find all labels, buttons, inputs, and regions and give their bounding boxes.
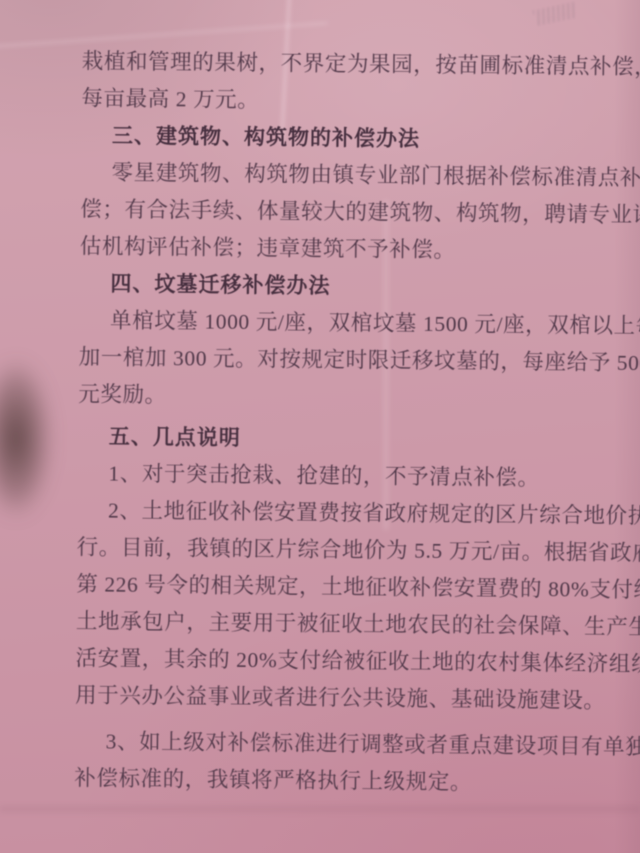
text-line: 偿；有合法手续、体量较大的建筑物、构筑物，聘请专业评 [80,191,612,234]
text-line: 第 226 号令的相关规定，土地征收补偿安置费的 80%支付给 [76,566,608,609]
text-line: 元奖励。 [78,376,610,419]
text-line: 行。目前，我镇的区片综合地价为 5.5 万元/亩。根据省政府 [76,529,608,572]
text-line: 补偿标准的，我镇将严格执行上级规定。 [74,760,606,803]
finger-shadow-overlay [0,336,62,541]
text-line: 2、土地征收补偿安置费按省政府规定的区片综合地价执 [77,492,609,535]
text-line: 估机构评估补偿；违章建筑不予补偿。 [80,228,612,271]
text-line: 单棺坟墓 1000 元/座，双棺坟墓 1500 元/座，双棺以上每 [79,302,611,345]
faint-pen-smudge [533,2,577,26]
text-line: 1、对于突击抢栽、抢建的，不予清点补偿。 [77,455,609,498]
text-line: 用于兴办公益事业或者进行公共设施、基础设施建设。 [75,677,607,720]
paper-crease-horizontal-bottom [0,806,640,812]
text-line: 活安置，其余的 20%支付给被征收土地的农村集体经济组织， [75,640,607,683]
section-heading: 三、建筑物、构筑物的补偿办法 [81,117,613,160]
text-line: 土地承包户，主要用于被征收土地农民的社会保障、生产生 [76,603,608,646]
text-line: 加一棺加 300 元。对按规定时限迁移坟墓的，每座给予 500 [78,339,610,382]
section-heading: 五、几点说明 [78,418,610,461]
text-lines: 栽植和管理的果树，不界定为果园，按苗圃标准清点补偿，每亩最高 2 万元。三、建筑… [74,43,614,803]
text-line: 零星建筑物、构筑物由镇专业部门根据补偿标准清点补 [80,154,612,197]
section-heading: 四、坟墓迁移补偿办法 [79,265,611,308]
text-line: 3、如上级对补偿标准进行调整或者重点建设项目有单独 [74,723,606,766]
document-page: 栽植和管理的果树，不界定为果园，按苗圃标准清点补偿，每亩最高 2 万元。三、建筑… [0,0,640,853]
text-line: 每亩最高 2 万元。 [81,80,613,123]
text-line: 栽植和管理的果树，不界定为果园，按苗圃标准清点补偿， [82,43,614,86]
